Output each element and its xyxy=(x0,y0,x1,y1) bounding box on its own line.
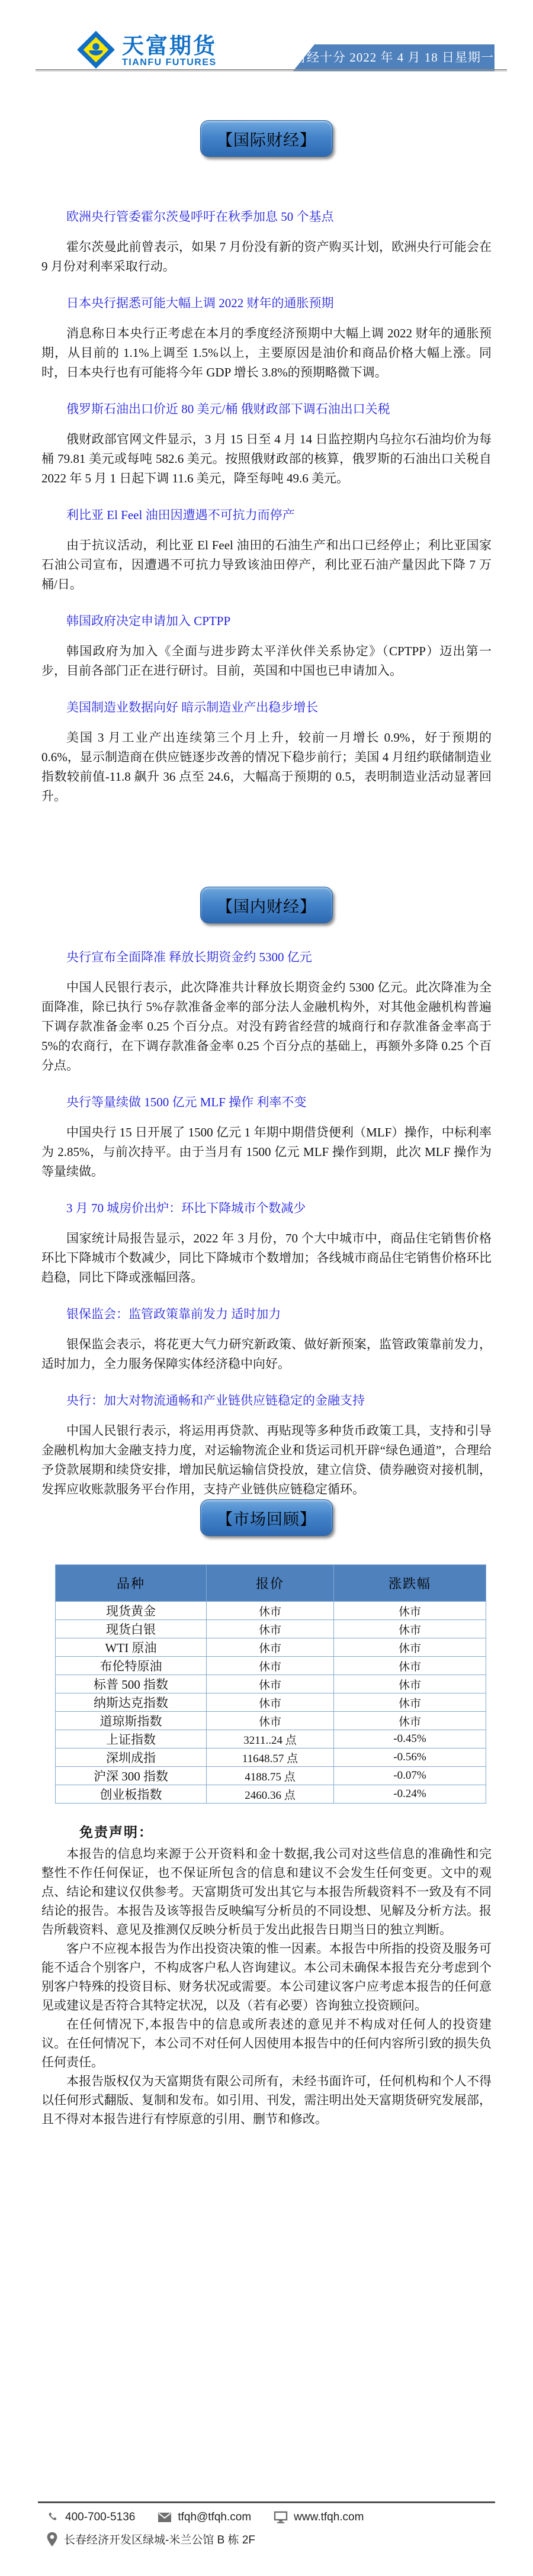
cell-price: 休市 xyxy=(207,1602,334,1620)
report-footer: 400-700-5136 tfqh@tfqh.com xyxy=(0,2501,533,2547)
cell-variety: 深圳成指 xyxy=(56,1749,207,1767)
column-header-price: 报价 xyxy=(207,1565,334,1602)
news-item: 央行等量续做 1500 亿元 MLF 操作 利率不变中国央行 15 日开展了 1… xyxy=(41,1093,492,1181)
news-heading: 央行宣布全面降准 释放长期资金约 5300 亿元 xyxy=(41,948,492,966)
logo-cn-text: 天富期货 xyxy=(122,35,217,57)
news-body: 银保监会表示，将花更大气力研究新政策、做好新预案，监管政策靠前发力，适时加力，全… xyxy=(41,1335,492,1374)
table-row: 沪深 300 指数4188.75 点-0.07% xyxy=(56,1767,486,1785)
logo-en-text: TIANFU FUTURES xyxy=(122,57,217,68)
footer-divider xyxy=(38,2501,495,2503)
news-heading: 俄罗斯石油出口价近 80 美元/桶 俄财政部下调石油出口关税 xyxy=(41,400,492,418)
cell-change: -0.56% xyxy=(334,1749,486,1767)
news-heading: 欧洲央行管委霍尔茨曼呼吁在秋季加息 50 个基点 xyxy=(41,208,492,226)
news-item: 俄罗斯石油出口价近 80 美元/桶 俄财政部下调石油出口关税俄财政部官网文件显示… xyxy=(41,400,492,488)
news-heading: 美国制造业数据向好 暗示制造业产出稳步增长 xyxy=(41,698,492,716)
cell-variety: 上证指数 xyxy=(56,1730,207,1749)
news-item: 央行：加大对物流通畅和产业链供应链稳定的金融支持中国人民银行表示，将运用再贷款、… xyxy=(41,1392,492,1499)
news-item: 3 月 70 城房价出炉：环比下降城市个数减少国家统计局报告显示，2022 年 … xyxy=(41,1199,492,1287)
footer-phone: 400-700-5136 xyxy=(46,2511,135,2524)
news-item: 日本央行据悉可能大幅上调 2022 财年的通胀预期消息称日本央行正考虑在本月的季… xyxy=(41,294,492,382)
cell-variety: 布伦特原油 xyxy=(56,1657,207,1675)
news-item: 银保监会：监管政策靠前发力 适时加力银保监会表示，将花更大气力研究新政策、做好新… xyxy=(41,1305,492,1374)
disclaimer-paragraph: 客户不应视本报告为作出投资决策的惟一因素。本报告中所指的投资及服务可能不适合个别… xyxy=(41,1939,492,2015)
footer-email-text: tfqh@tfqh.com xyxy=(178,2511,251,2524)
disclaimer-paragraph: 本报告的信息均来源于公开资料和金十数据,我公司对这些信息的准确性和完整性不作任何… xyxy=(41,1844,492,1939)
news-heading: 央行等量续做 1500 亿元 MLF 操作 利率不变 xyxy=(41,1093,492,1111)
cell-change: 休市 xyxy=(334,1693,486,1712)
table-row: 标普 500 指数休市休市 xyxy=(56,1675,486,1693)
disclaimer-paragraph: 本报告版权仅为天富期货有限公司所有，未经书面许可，任何机构和个人不得以任何形式翻… xyxy=(41,2072,492,2129)
footer-website-text: www.tfqh.com xyxy=(294,2511,364,2524)
company-logo: 天富期货 TIANFU FUTURES xyxy=(76,30,217,73)
cell-change: -0.24% xyxy=(334,1785,486,1804)
cell-variety: WTI 原油 xyxy=(56,1638,207,1657)
disclaimer-paragraphs: 本报告的信息均来源于公开资料和金十数据,我公司对这些信息的准确性和完整性不作任何… xyxy=(41,1844,492,2129)
news-item: 韩国政府决定申请加入 CPTPP韩国政府为加入《全面与进步跨太平洋伙伴关系协定》… xyxy=(41,612,492,681)
column-header-variety: 品种 xyxy=(56,1565,207,1602)
news-heading: 银保监会：监管政策靠前发力 适时加力 xyxy=(41,1305,492,1323)
news-heading: 韩国政府决定申请加入 CPTPP xyxy=(41,612,492,630)
cell-price: 休市 xyxy=(207,1675,334,1693)
table-row: 纳斯达克指数休市休市 xyxy=(56,1693,486,1712)
footer-address-text: 长春经济开发区绿城-米兰公馆 B 栋 2F xyxy=(64,2531,255,2547)
cell-variety: 纳斯达克指数 xyxy=(56,1693,207,1712)
cell-price: 休市 xyxy=(207,1638,334,1657)
cell-price: 11648.57 点 xyxy=(207,1749,334,1767)
news-body: 俄财政部官网文件显示，3 月 15 日至 4 月 14 日监控期内乌拉尔石油均价… xyxy=(41,430,492,488)
disclaimer-section: 免责声明： 本报告的信息均来源于公开资料和金十数据,我公司对这些信息的准确性和完… xyxy=(41,1821,492,2129)
cell-variety: 道琼斯指数 xyxy=(56,1712,207,1730)
cell-change: -0.07% xyxy=(334,1767,486,1785)
footer-email[interactable]: tfqh@tfqh.com xyxy=(158,2511,251,2524)
section-button-international[interactable]: 【国际财经】 xyxy=(200,120,333,157)
international-news-list: 欧洲央行管委霍尔茨曼呼吁在秋季加息 50 个基点霍尔茨曼此前曾表示，如果 7 月… xyxy=(41,157,492,806)
news-heading: 央行：加大对物流通畅和产业链供应链稳定的金融支持 xyxy=(41,1392,492,1409)
cell-change: 休市 xyxy=(334,1638,486,1657)
cell-change: 休市 xyxy=(334,1602,486,1620)
cell-variety: 创业板指数 xyxy=(56,1785,207,1804)
news-item: 欧洲央行管委霍尔茨曼呼吁在秋季加息 50 个基点霍尔茨曼此前曾表示，如果 7 月… xyxy=(41,208,492,276)
cell-change: 休市 xyxy=(334,1657,486,1675)
section-button-market-review[interactable]: 【市场回顾】 xyxy=(200,1499,333,1536)
table-row: 道琼斯指数休市休市 xyxy=(56,1712,486,1730)
news-body: 消息称日本央行正考虑在本月的季度经济预期中大幅上调 2022 财年的通胀预期，从… xyxy=(41,324,492,382)
domestic-news-list: 央行宣布全面降准 释放长期资金约 5300 亿元中国人民银行表示，此次降准共计释… xyxy=(41,923,492,1499)
report-page: 天富期货 TIANFU FUTURES 天富期货 TIANFU FUTURES … xyxy=(0,0,533,2576)
table-row: 布伦特原油休市休市 xyxy=(56,1657,486,1675)
cell-price: 3211..24 点 xyxy=(207,1730,334,1749)
news-body: 中国人民银行表示，将运用再贷款、再贴现等多种货币政策工具，支持和引导金融机构加大… xyxy=(41,1421,492,1499)
cell-price: 休市 xyxy=(207,1693,334,1712)
disclaimer-paragraph: 在任何情况下,本报告中的信息或所表述的意见并不构成对任何人的投资建议。在任何情况… xyxy=(41,2015,492,2072)
news-body: 由于抗议活动，利比亚 El Feel 油田的石油生产和出口已经停止；利比亚国家石… xyxy=(41,536,492,594)
table-row: 深圳成指11648.57 点-0.56% xyxy=(56,1749,486,1767)
footer-phone-text: 400-700-5136 xyxy=(65,2511,135,2524)
news-body: 中国央行 15 日开展了 1500 亿元 1 年期中期借贷便利（MLF）操作，中… xyxy=(41,1123,492,1181)
news-heading: 日本央行据悉可能大幅上调 2022 财年的通胀预期 xyxy=(41,294,492,312)
cell-price: 休市 xyxy=(207,1620,334,1638)
news-body: 国家统计局报告显示，2022 年 3 月份，70 个大中城市中，商品住宅销售价格… xyxy=(41,1229,492,1287)
market-table-body: 现货黄金休市休市现货白银休市休市WTI 原油休市休市布伦特原油休市休市标普 50… xyxy=(56,1602,486,1804)
cell-price: 休市 xyxy=(207,1657,334,1675)
market-table-header-row: 品种 报价 涨跌幅 xyxy=(56,1565,486,1602)
envelope-icon xyxy=(158,2511,172,2523)
cell-variety: 现货黄金 xyxy=(56,1602,207,1620)
news-heading: 3 月 70 城房价出炉：环比下降城市个数减少 xyxy=(41,1199,492,1217)
table-row: WTI 原油休市休市 xyxy=(56,1638,486,1657)
market-table: 品种 报价 涨跌幅 现货黄金休市休市现货白银休市休市WTI 原油休市休市布伦特原… xyxy=(55,1564,486,1804)
cell-price: 休市 xyxy=(207,1712,334,1730)
cell-change: 休市 xyxy=(334,1620,486,1638)
phone-icon xyxy=(46,2511,59,2524)
cell-change: -0.45% xyxy=(334,1730,486,1749)
cell-variety: 沪深 300 指数 xyxy=(56,1767,207,1785)
footer-address: 长春经济开发区绿城-米兰公馆 B 栋 2F xyxy=(46,2531,255,2547)
location-pin-icon xyxy=(46,2532,58,2547)
news-body: 美国 3 月工业产出连续第三个月上升，较前一月增长 0.9%，好于预期的 0.6… xyxy=(41,728,492,806)
tianfu-diamond-logo-icon xyxy=(76,30,116,73)
news-item: 利比亚 El Feel 油田因遭遇不可抗力而停产由于抗议活动，利比亚 El Fe… xyxy=(41,506,492,594)
report-header: 天富期货 TIANFU FUTURES 财经十分 2022 年 4 月 18 日… xyxy=(0,0,533,72)
cell-price: 4188.75 点 xyxy=(207,1767,334,1785)
table-row: 现货白银休市休市 xyxy=(56,1620,486,1638)
date-ribbon: 财经十分 2022 年 4 月 18 日星期一 xyxy=(293,44,495,71)
cell-change: 休市 xyxy=(334,1712,486,1730)
cell-change: 休市 xyxy=(334,1675,486,1693)
cell-price: 2460.36 点 xyxy=(207,1785,334,1804)
news-item: 央行宣布全面降准 释放长期资金约 5300 亿元中国人民银行表示，此次降准共计释… xyxy=(41,948,492,1076)
news-body: 中国人民银行表示，此次降准共计释放长期资金约 5300 亿元。此次降准为全面降准… xyxy=(41,978,492,1076)
footer-website[interactable]: www.tfqh.com xyxy=(274,2511,364,2524)
news-item: 美国制造业数据向好 暗示制造业产出稳步增长美国 3 月工业产出连续第三个月上升，… xyxy=(41,698,492,806)
monitor-icon xyxy=(274,2511,288,2524)
table-row: 创业板指数2460.36 点-0.24% xyxy=(56,1785,486,1804)
header-divider xyxy=(36,69,507,72)
cell-variety: 现货白银 xyxy=(56,1620,207,1638)
table-row: 现货黄金休市休市 xyxy=(56,1602,486,1620)
news-body: 霍尔茨曼此前曾表示，如果 7 月份没有新的资产购买计划，欧洲央行可能会在 9 月… xyxy=(41,237,492,276)
cell-variety: 标普 500 指数 xyxy=(56,1675,207,1693)
news-body: 韩国政府为加入《全面与进步跨太平洋伙伴关系协定》（CPTPP）迈出第一步，目前各… xyxy=(41,642,492,681)
news-heading: 利比亚 El Feel 油田因遭遇不可抗力而停产 xyxy=(41,506,492,524)
column-header-change: 涨跌幅 xyxy=(334,1565,486,1602)
disclaimer-title: 免责声明： xyxy=(79,1821,492,1841)
table-row: 上证指数3211..24 点-0.45% xyxy=(56,1730,486,1749)
section-button-domestic[interactable]: 【国内财经】 xyxy=(200,887,333,923)
